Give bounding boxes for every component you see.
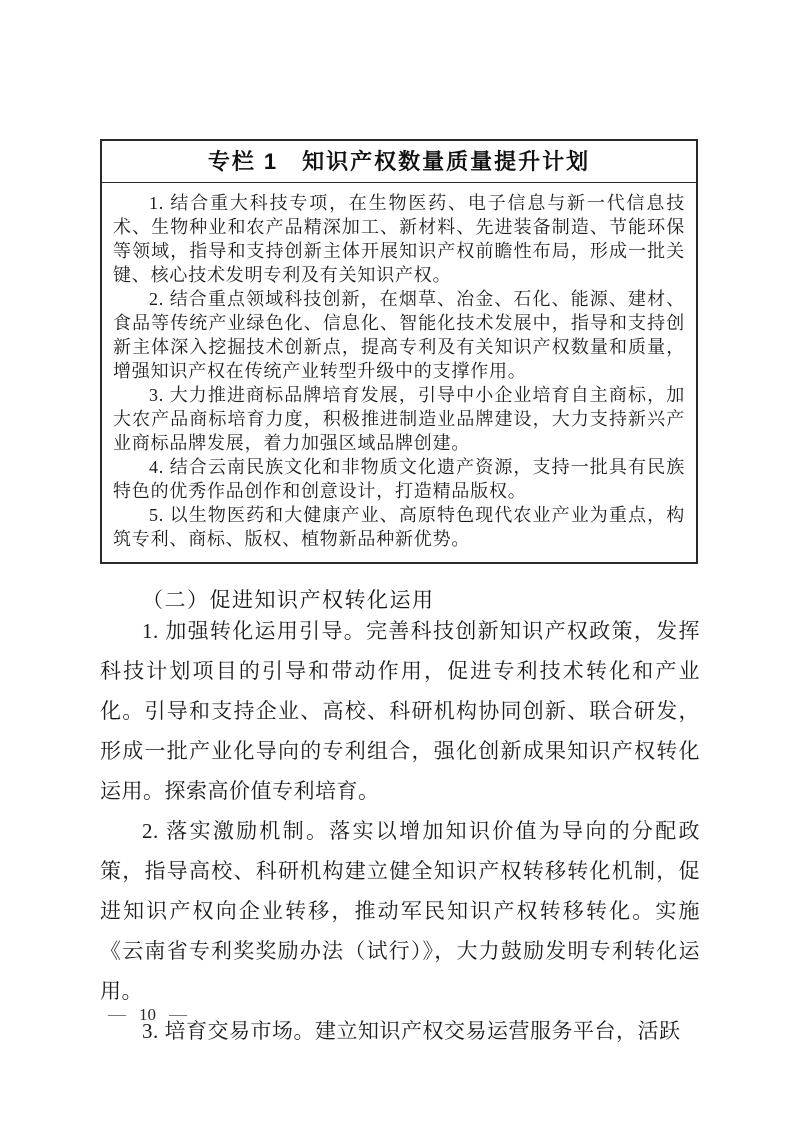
box-paragraph-3: 3. 大力推进商标品牌培育发展，引导中小企业培育自主商标，加大农产品商标培育力度… [113, 383, 685, 455]
document-page: 专栏 1 知识产权数量质量提升计划 1. 结合重大科技专项，在生物医药、电子信息… [0, 0, 800, 1131]
column-box-1: 专栏 1 知识产权数量质量提升计划 1. 结合重大科技专项，在生物医药、电子信息… [100, 139, 698, 564]
body-paragraph-3: 3. 培育交易市场。建立知识产权交易运营服务平台，活跃 [100, 1011, 700, 1051]
section-heading: （二）促进知识产权转化运用 [100, 584, 700, 614]
box-paragraph-1: 1. 结合重大科技专项，在生物医药、电子信息与新一代信息技术、生物种业和农产品精… [113, 191, 685, 287]
box-paragraph-2: 2. 结合重点领域科技创新，在烟草、冶金、石化、能源、建材、食品等传统产业绿色化… [113, 287, 685, 383]
page-number: 10 [139, 1005, 156, 1025]
box-paragraph-5: 5. 以生物医药和大健康产业、高原特色现代农业产业为重点，构筑专利、商标、版权、… [113, 503, 685, 551]
footer-dash-right: — [169, 1004, 187, 1025]
body-paragraph-2: 2. 落实激励机制。落实以增加知识价值为导向的分配政策，指导高校、科研机构建立健… [100, 811, 700, 1011]
box-body: 1. 结合重大科技专项，在生物医药、电子信息与新一代信息技术、生物种业和农产品精… [102, 183, 696, 562]
body-text: 1. 加强转化运用引导。完善科技创新知识产权政策，发挥科技计划项目的引导和带动作… [100, 611, 700, 1051]
body-paragraph-1: 1. 加强转化运用引导。完善科技创新知识产权政策，发挥科技计划项目的引导和带动作… [100, 611, 700, 811]
box-paragraph-4: 4. 结合云南民族文化和非物质文化遗产资源，支持一批具有民族特色的优秀作品创作和… [113, 455, 685, 503]
page-footer: — 10 — [108, 1004, 187, 1025]
footer-dash-left: — [108, 1004, 126, 1025]
box-title: 专栏 1 知识产权数量质量提升计划 [102, 141, 696, 183]
